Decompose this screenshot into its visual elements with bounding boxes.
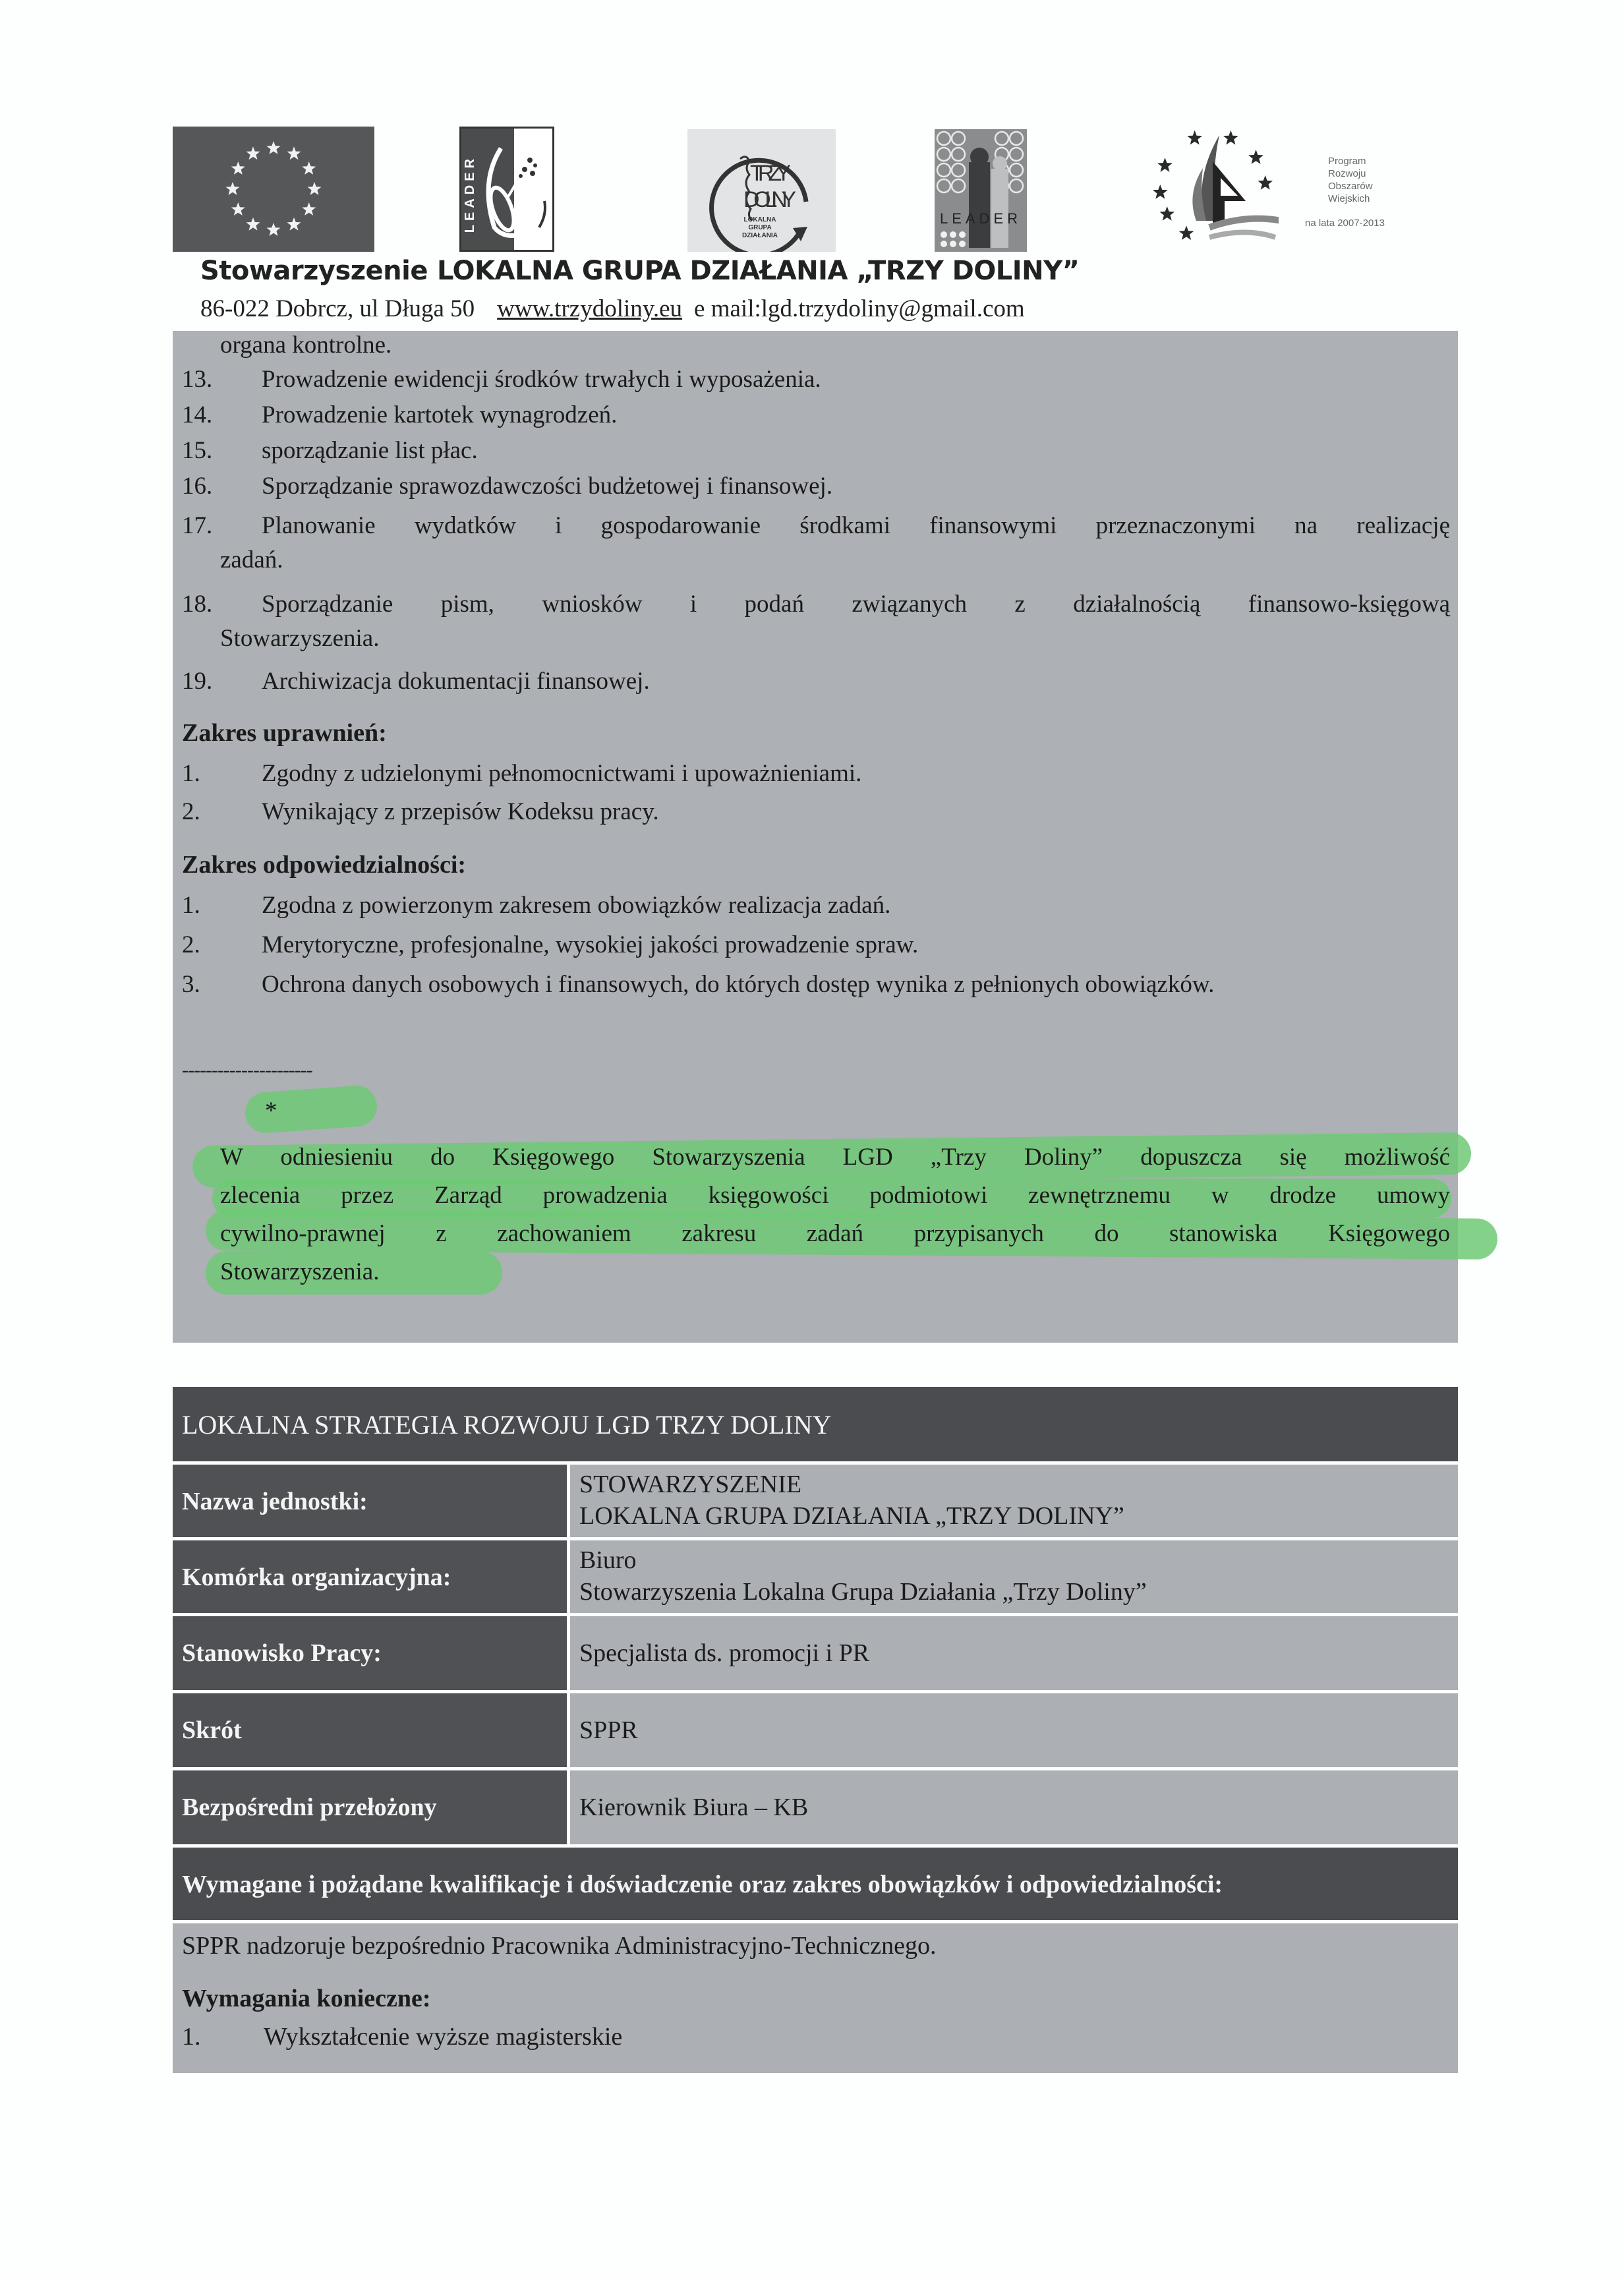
- row-label-cell: Skrót: [173, 1693, 567, 1767]
- footnote-line: W odniesieniu do Księgowego Stowarzyszen…: [220, 1143, 1450, 1171]
- list-item: Sporządzanie pism, wniosków i podań zwią…: [262, 590, 1450, 618]
- table-row: Nazwa jednostki: STOWARZYSZENIE LOKALNA …: [173, 1465, 1458, 1537]
- list-item: Wynikający z przepisów Kodeksu pracy.: [262, 798, 659, 826]
- table-header-title: LOKALNA STRATEGIA ROZWOJU LGD TRZY DOLIN…: [182, 1409, 832, 1440]
- svg-text:DZIAŁANIA: DZIAŁANIA: [742, 232, 778, 239]
- row-value: LOKALNA GRUPA DZIAŁANIA „TRZY DOLINY”: [579, 1502, 1124, 1531]
- row-label-cell: Komórka organizacyjna:: [173, 1540, 567, 1613]
- list-item: Ochrona danych osobowych i finansowych, …: [262, 970, 1214, 999]
- row-label-cell: Bezpośredni przełożony: [173, 1770, 567, 1844]
- row-value-cell: Biuro Stowarzyszenia Lokalna Grupa Dział…: [570, 1540, 1458, 1613]
- table-row: Stanowisko Pracy: Specjalista ds. promoc…: [173, 1616, 1458, 1690]
- organization-title: StowarzyszenieLOKALNA GRUPA DZIAŁANIA „T…: [200, 256, 1079, 286]
- website-link[interactable]: www.trzydoliny.eu: [497, 295, 682, 322]
- row-label: Nazwa jednostki:: [182, 1487, 368, 1516]
- footnote-separator: ----------------------: [182, 1059, 312, 1082]
- leader-people-icon: LEADER: [935, 129, 1027, 252]
- prow-icon: [1147, 122, 1279, 254]
- leader-leaf-icon: [461, 129, 552, 250]
- list-item-continuation: Stowarzyszenia.: [220, 624, 379, 653]
- list-item: Zgodny z udzielonymi pełnomocnictwami i …: [262, 759, 861, 788]
- list-item: Planowanie wydatków i gospodarowanie śro…: [262, 511, 1450, 540]
- leader-people-logo: LEADER: [935, 129, 1027, 252]
- list-item: Prowadzenie kartotek wynagrodzeń.: [262, 401, 617, 429]
- list-item-continuation: zadań.: [220, 546, 283, 574]
- job-description-table: LOKALNA STRATEGIA ROZWOJU LGD TRZY DOLIN…: [173, 1387, 1458, 2073]
- row-label-cell: Stanowisko Pracy:: [173, 1616, 567, 1690]
- prow-years: na lata 2007-2013: [1305, 218, 1385, 229]
- eu-flag-logo: [173, 127, 374, 252]
- title-prefix: Stowarzyszenie: [200, 256, 428, 286]
- list-item-number: 1.: [182, 891, 200, 920]
- highlight-marker: [244, 1084, 378, 1134]
- list-item-number: 18.: [182, 590, 212, 618]
- list-item: sporządzanie list płac.: [262, 436, 478, 465]
- list-item-number: 1.: [182, 2022, 201, 2051]
- address-line: 86-022 Dobrcz, ul Długa 50www.trzydoliny…: [200, 295, 1025, 323]
- footnote-line: cywilno-prawnej z zachowaniem zakresu za…: [220, 1219, 1450, 1248]
- footnote-marker: *: [265, 1097, 277, 1125]
- list-item-number: 15.: [182, 436, 212, 465]
- requirements-cell: SPPR nadzoruje bezpośrednio Pracownika A…: [173, 1923, 1458, 2073]
- trzy-doliny-icon: TRZY DOLINY LOKALNA GRUPA DZIAŁANIA: [687, 129, 836, 252]
- svg-text:GRUPA: GRUPA: [748, 224, 771, 231]
- list-item-number: 13.: [182, 365, 212, 394]
- continuation-text: organa kontrolne.: [220, 331, 391, 359]
- list-item: Sporządzanie sprawozdawczości budżetowej…: [262, 472, 832, 500]
- section-header-text: Wymagane i pożądane kwalifikacje i doświ…: [182, 1870, 1223, 1899]
- list-item-number: 2.: [182, 798, 200, 826]
- row-value-cell: STOWARZYSZENIE LOKALNA GRUPA DZIAŁANIA „…: [570, 1465, 1458, 1537]
- email-address: e mail:lgd.trzydoliny@gmail.com: [694, 295, 1025, 322]
- row-label: Komórka organizacyjna:: [182, 1563, 451, 1592]
- list-item: Wykształcenie wyższe magisterskie: [264, 2022, 622, 2051]
- list-item: Zgodna z powierzonym zakresem obowiązków…: [262, 891, 890, 920]
- requirements-heading: Wymagania konieczne:: [182, 1984, 431, 2013]
- row-value: Biuro: [579, 1546, 637, 1575]
- eu-flag-icon: [173, 127, 374, 252]
- duties-panel: organa kontrolne. 13. Prowadzenie ewiden…: [173, 331, 1458, 1343]
- svg-text:LEADER: LEADER: [940, 210, 1022, 227]
- trzy-doliny-logo: TRZY DOLINY LOKALNA GRUPA DZIAŁANIA: [687, 129, 836, 252]
- table-row: Komórka organizacyjna: Biuro Stowarzysze…: [173, 1540, 1458, 1613]
- list-item-number: 16.: [182, 472, 212, 500]
- table-row: Bezpośredni przełożony Kierownik Biura –…: [173, 1770, 1458, 1844]
- supervision-note: SPPR nadzoruje bezpośrednio Pracownika A…: [182, 1931, 936, 1960]
- row-label-cell: Nazwa jednostki:: [173, 1465, 567, 1537]
- row-value: SPPR: [579, 1716, 638, 1745]
- row-label: Bezpośredni przełożony: [182, 1793, 437, 1822]
- table-row: Skrót SPPR: [173, 1693, 1458, 1767]
- prow-text: Program Rozwoju Obszarów Wiejskich: [1328, 155, 1373, 205]
- footnote-line: Stowarzyszenia.: [220, 1258, 379, 1286]
- list-item-number: 3.: [182, 970, 200, 999]
- section-header: Wymagane i pożądane kwalifikacje i doświ…: [173, 1848, 1458, 1920]
- list-item-number: 17.: [182, 511, 212, 540]
- list-item-number: 19.: [182, 667, 212, 695]
- footnote-line: zlecenia przez Zarząd prowadzenia księgo…: [220, 1181, 1450, 1210]
- row-value-cell: Kierownik Biura – KB: [570, 1770, 1458, 1844]
- leader-logo: LEADER: [459, 127, 554, 252]
- list-item: Merytoryczne, profesjonalne, wysokiej ja…: [262, 931, 918, 959]
- row-label: Skrót: [182, 1716, 242, 1745]
- postal-address: 86-022 Dobrcz, ul Długa 50: [200, 295, 475, 322]
- row-value: Specjalista ds. promocji i PR: [579, 1639, 869, 1668]
- row-value: Stowarzyszenia Lokalna Grupa Działania „…: [579, 1577, 1147, 1606]
- list-item-number: 2.: [182, 931, 200, 959]
- title-main: LOKALNA GRUPA DZIAŁANIA „TRZY DOLINY”: [437, 256, 1079, 286]
- table-header: LOKALNA STRATEGIA ROZWOJU LGD TRZY DOLIN…: [173, 1387, 1458, 1461]
- list-item-number: 1.: [182, 759, 200, 788]
- prow-logo: Program Rozwoju Obszarów Wiejskich na la…: [1147, 122, 1424, 254]
- list-item: Archiwizacja dokumentacji finansowej.: [262, 667, 650, 695]
- list-item: Prowadzenie ewidencji środków trwałych i…: [262, 365, 821, 394]
- row-value-cell: Specjalista ds. promocji i PR: [570, 1616, 1458, 1690]
- svg-text:LOKALNA: LOKALNA: [744, 216, 776, 223]
- permissions-heading: Zakres uprawnień:: [182, 718, 387, 747]
- row-value-cell: SPPR: [570, 1693, 1458, 1767]
- row-value: STOWARZYSZENIE: [579, 1470, 801, 1499]
- responsibility-heading: Zakres odpowiedzialności:: [182, 850, 466, 879]
- row-label: Stanowisko Pracy:: [182, 1639, 382, 1668]
- row-value: Kierownik Biura – KB: [579, 1793, 808, 1822]
- svg-text:DOLINY: DOLINY: [743, 187, 796, 212]
- list-item-number: 14.: [182, 401, 212, 429]
- svg-text:TRZY: TRZY: [750, 161, 791, 186]
